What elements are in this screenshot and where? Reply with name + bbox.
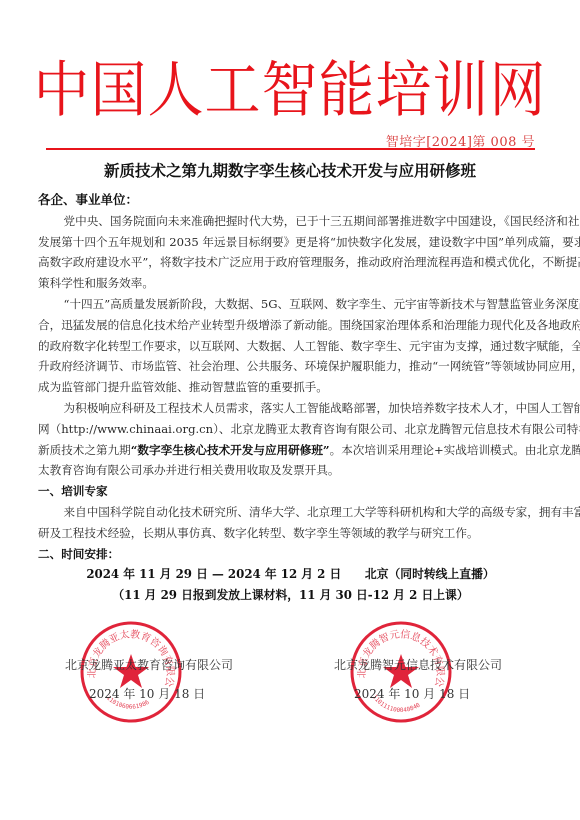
- signature-org-left: 北京龙腾亚太教育咨询有限公司: [65, 656, 233, 673]
- text-line: 发展第十四个五年规划和 2035 年远景目标纲要》更是将“加快数字化发展，建设数…: [38, 232, 543, 253]
- course-name-bold: “数字孪生核心技术开发与应用研修班”: [131, 443, 330, 457]
- signature-date-left: 2024 年 10 月 18 日: [89, 685, 205, 702]
- text-run: 新质技术之第九期: [38, 443, 131, 457]
- text-line: 成为监管部门提升监管效能、推动智慧监管的重要抓手。: [38, 377, 543, 398]
- text-line: 升政府经济调节、市场监管、社会治理、公共服务、环境保护履职能力，推动“一网统管”…: [38, 356, 543, 377]
- text-run: 。本次培训采用理论+实战培训模式。由北京龙腾亚: [330, 443, 580, 457]
- document-page: 中国人工智能培训网 智培字[2024]第 008 号 新质技术之第九期数字孪生核…: [0, 0, 580, 820]
- schedule-dates: 2024 年 11 月 29 日 — 2024 年 12 月 2 日 北京（同时…: [38, 564, 543, 585]
- text-line: 来自中国科学院自动化技术研究所、清华大学、北京理工大学等科研机构和大学的高级专家…: [38, 502, 543, 523]
- experts-paragraph: 来自中国科学院自动化技术研究所、清华大学、北京理工大学等科研机构和大学的高级专家…: [38, 502, 543, 544]
- masthead-title: 中国人工智能培训网: [0, 55, 580, 126]
- text-line: “十四五”高质量发展新阶段，大数据、5G、互联网、数字孪生、元宇宙等新技术与智慧…: [38, 294, 543, 315]
- text-line: 党中央、国务院面向未来准确把握时代大势，已于十三五期间部署推进数字中国建设，《国…: [38, 211, 543, 232]
- text-line: 的政府数字化转型工作要求，以互联网、大数据、人工智能、数字孪生、元宇宙为支撑，通…: [38, 336, 543, 357]
- text-line: 策科学性和服务效率。: [38, 273, 543, 294]
- salutation: 各企、事业单位：: [38, 190, 543, 211]
- text-line: 研及工程技术经验，长期从事仿真、数字化转型、数字孪生等领域的教学与研究工作。: [38, 523, 543, 544]
- text-line: 合，迅猛发展的信息化技术给产业转型升级增添了新动能。围绕国家治理体系和治理能力现…: [38, 315, 543, 336]
- signature-org-right: 北京龙腾智元信息技术有限公司: [334, 656, 502, 673]
- text-line: 高数字政府建设水平”，将数字技术广泛应用于政府管理服务，推动政府治理流程再造和模…: [38, 252, 543, 273]
- paragraph-3: 为积极响应科研及工程技术人员需求，落实人工智能战略部署，加快培养数字技术人才，中…: [38, 398, 543, 481]
- schedule-note: （11 月 29 日报到发放上课材料，11 月 30 日-12 月 2 日上课）: [38, 585, 543, 606]
- text-line: 为积极响应科研及工程技术人员需求，落实人工智能战略部署，加快培养数字技术人才，中…: [38, 398, 543, 419]
- text-line: 网（http://www.chinaai.org.cn）、北京龙腾亚太教育咨询有…: [38, 419, 543, 440]
- header-rule: [46, 148, 535, 150]
- paragraph-2: “十四五”高质量发展新阶段，大数据、5G、互联网、数字孪生、元宇宙等新技术与智慧…: [38, 294, 543, 398]
- section-heading-experts: 一、培训专家: [38, 481, 543, 502]
- paragraph-1: 党中央、国务院面向未来准确把握时代大势，已于十三五期间部署推进数字中国建设，《国…: [38, 211, 543, 294]
- document-title: 新质技术之第九期数字孪生核心技术开发与应用研修班: [0, 160, 580, 182]
- section-heading-schedule: 二、时间安排：: [38, 544, 543, 565]
- text-line: 新质技术之第九期“数字孪生核心技术开发与应用研修班”。本次培训采用理论+实战培训…: [38, 440, 543, 461]
- document-body: 各企、事业单位： 党中央、国务院面向未来准确把握时代大势，已于十三五期间部署推进…: [38, 190, 543, 606]
- signature-date-right: 2024 年 10 月 18 日: [354, 685, 470, 702]
- text-line: 太教育咨询有限公司承办并进行相关费用收取及发票开具。: [38, 460, 543, 481]
